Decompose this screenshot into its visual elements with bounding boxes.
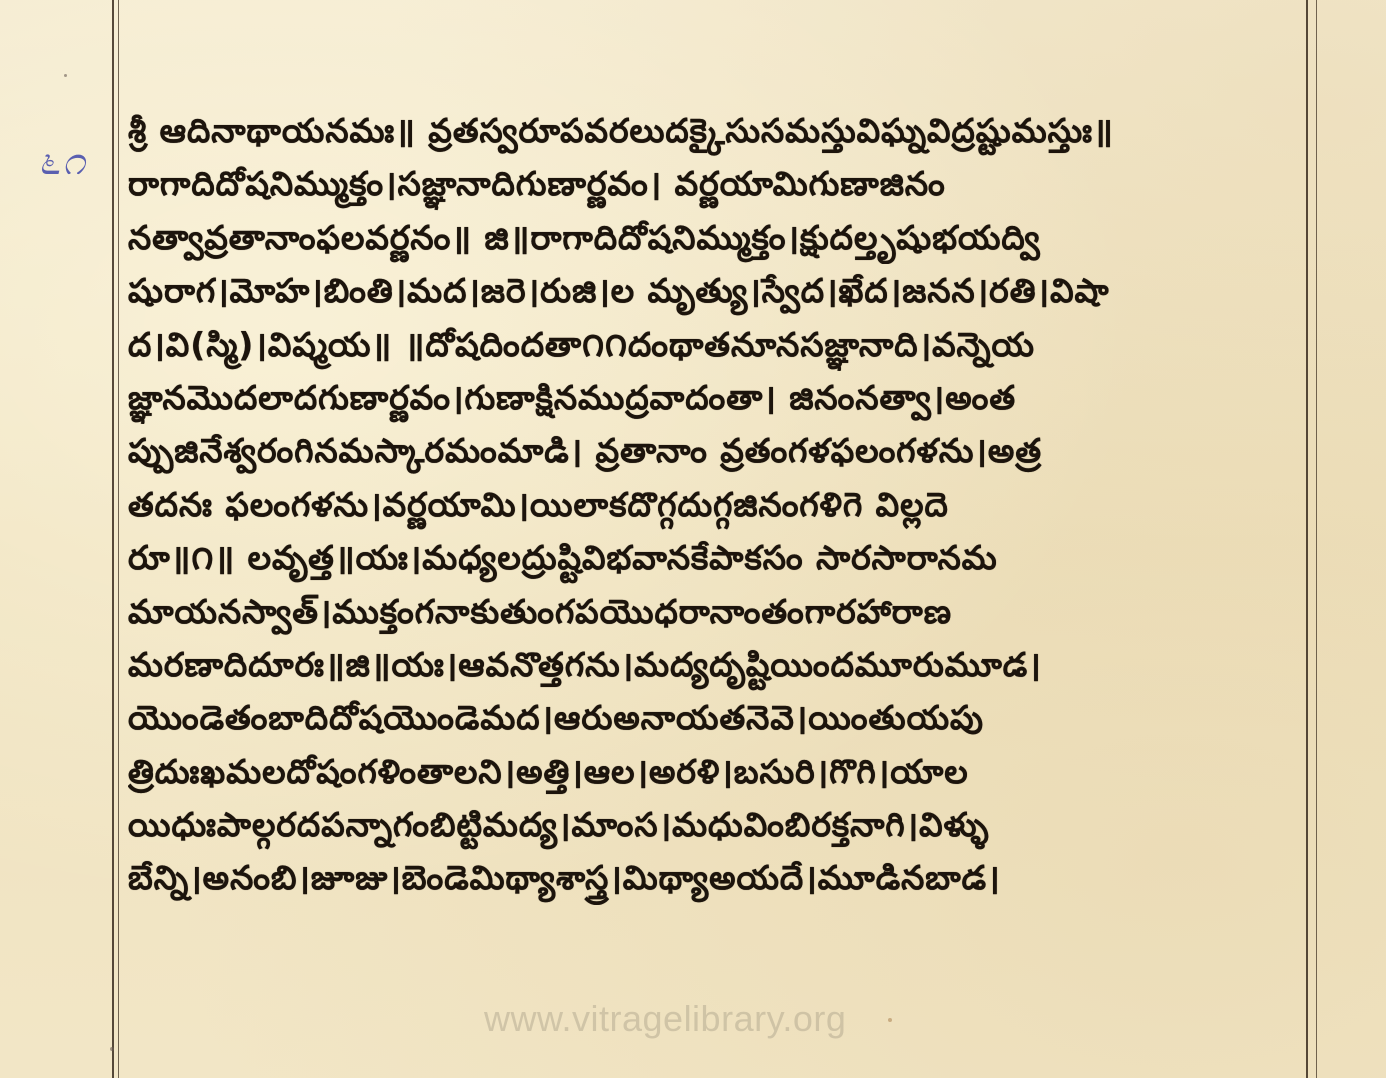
manuscript-line: రాగాదిదోషనిమ్ముక్తం।సజ్ఞానాదిగుణార్ణవం। … — [128, 157, 1308, 210]
manuscript-line: ప్పుజినేశ్వరంగినమస్కారమంమాడి। వ్రతానాం వ… — [128, 424, 1308, 477]
manuscript-line: మరణాదిదూరః॥జి॥యః।ఆవనొత్తగను।మద్యదృష్టియి… — [128, 638, 1308, 691]
manuscript-line: మాయనస్వాత్।ముక్తంగనాకుతుంగపయొధరానాంతంగార… — [128, 585, 1308, 638]
paper-speck — [64, 74, 67, 77]
manuscript-line: జ్ఞానమొదలాదగుణార్ణవం।గుణాక్షినముద్రవాదంత… — [128, 371, 1308, 424]
manuscript-line: యొండెతంబాదిదోషయొండెమద।ఆరుఅనాయతనెవె।యింతు… — [128, 691, 1308, 744]
watermark: www.vitragelibrary.org — [484, 998, 846, 1040]
manuscript-line: షురాగ।మోహ।బింతి।మద।జరె।రుజి।ల మృత్యు।స్వ… — [128, 264, 1308, 317]
manuscript-line: రూ॥౧॥ లవృత్త॥యః।మధ్యలద్రుష్టివిభవానకేపాక… — [128, 531, 1308, 584]
page-number: ೬೧ — [38, 138, 87, 184]
manuscript-line: శ్రీ ఆదినాథాయనమః॥ వ్రతస్వరూపవరలుదక్కైసుస… — [128, 104, 1308, 157]
manuscript-line: నత్వావ్రతానాంఫలవర్ణనం॥ జి॥రాగాదిదోషనిమ్మ… — [128, 211, 1308, 264]
manuscript-line: త్రిదుఃఖమలదోషంగళింతాలని।అత్తి।ఆల।అరళి।బస… — [128, 745, 1308, 798]
paper-speck — [888, 1018, 892, 1022]
manuscript-page: ೬೧ శ్రీ ఆదినాథాయనమః॥ వ్రతస్వరూపవరలుదక్కై… — [0, 0, 1386, 1078]
right-margin-rule-inner — [1316, 0, 1317, 1078]
left-margin-rule-inner — [118, 0, 119, 1078]
manuscript-text: శ్రీ ఆదినాథాయనమః॥ వ్రతస్వరూపవరలుదక్కైసుస… — [128, 104, 1308, 905]
manuscript-line: ద।వి(స్మి)।విష్మయ॥ ॥దోషదిందతా౧౧దంథాతనూనస… — [128, 318, 1308, 371]
paper-speck — [110, 1047, 114, 1051]
left-margin-rule-outer — [112, 0, 114, 1078]
manuscript-line: బేన్ని।అనంబి।జూజు।బెండెమిథ్యాశాస్త్ర।మిథ… — [128, 851, 1308, 904]
manuscript-line: యిధుఃపాల్గరదపన్నాగంబిట్టిమద్య।మాంస।మధువి… — [128, 798, 1308, 851]
manuscript-line: తదనః ఫలంగళను।వర్ణయామి।యిలాకదొగ్గదుగ్గజిన… — [128, 478, 1308, 531]
